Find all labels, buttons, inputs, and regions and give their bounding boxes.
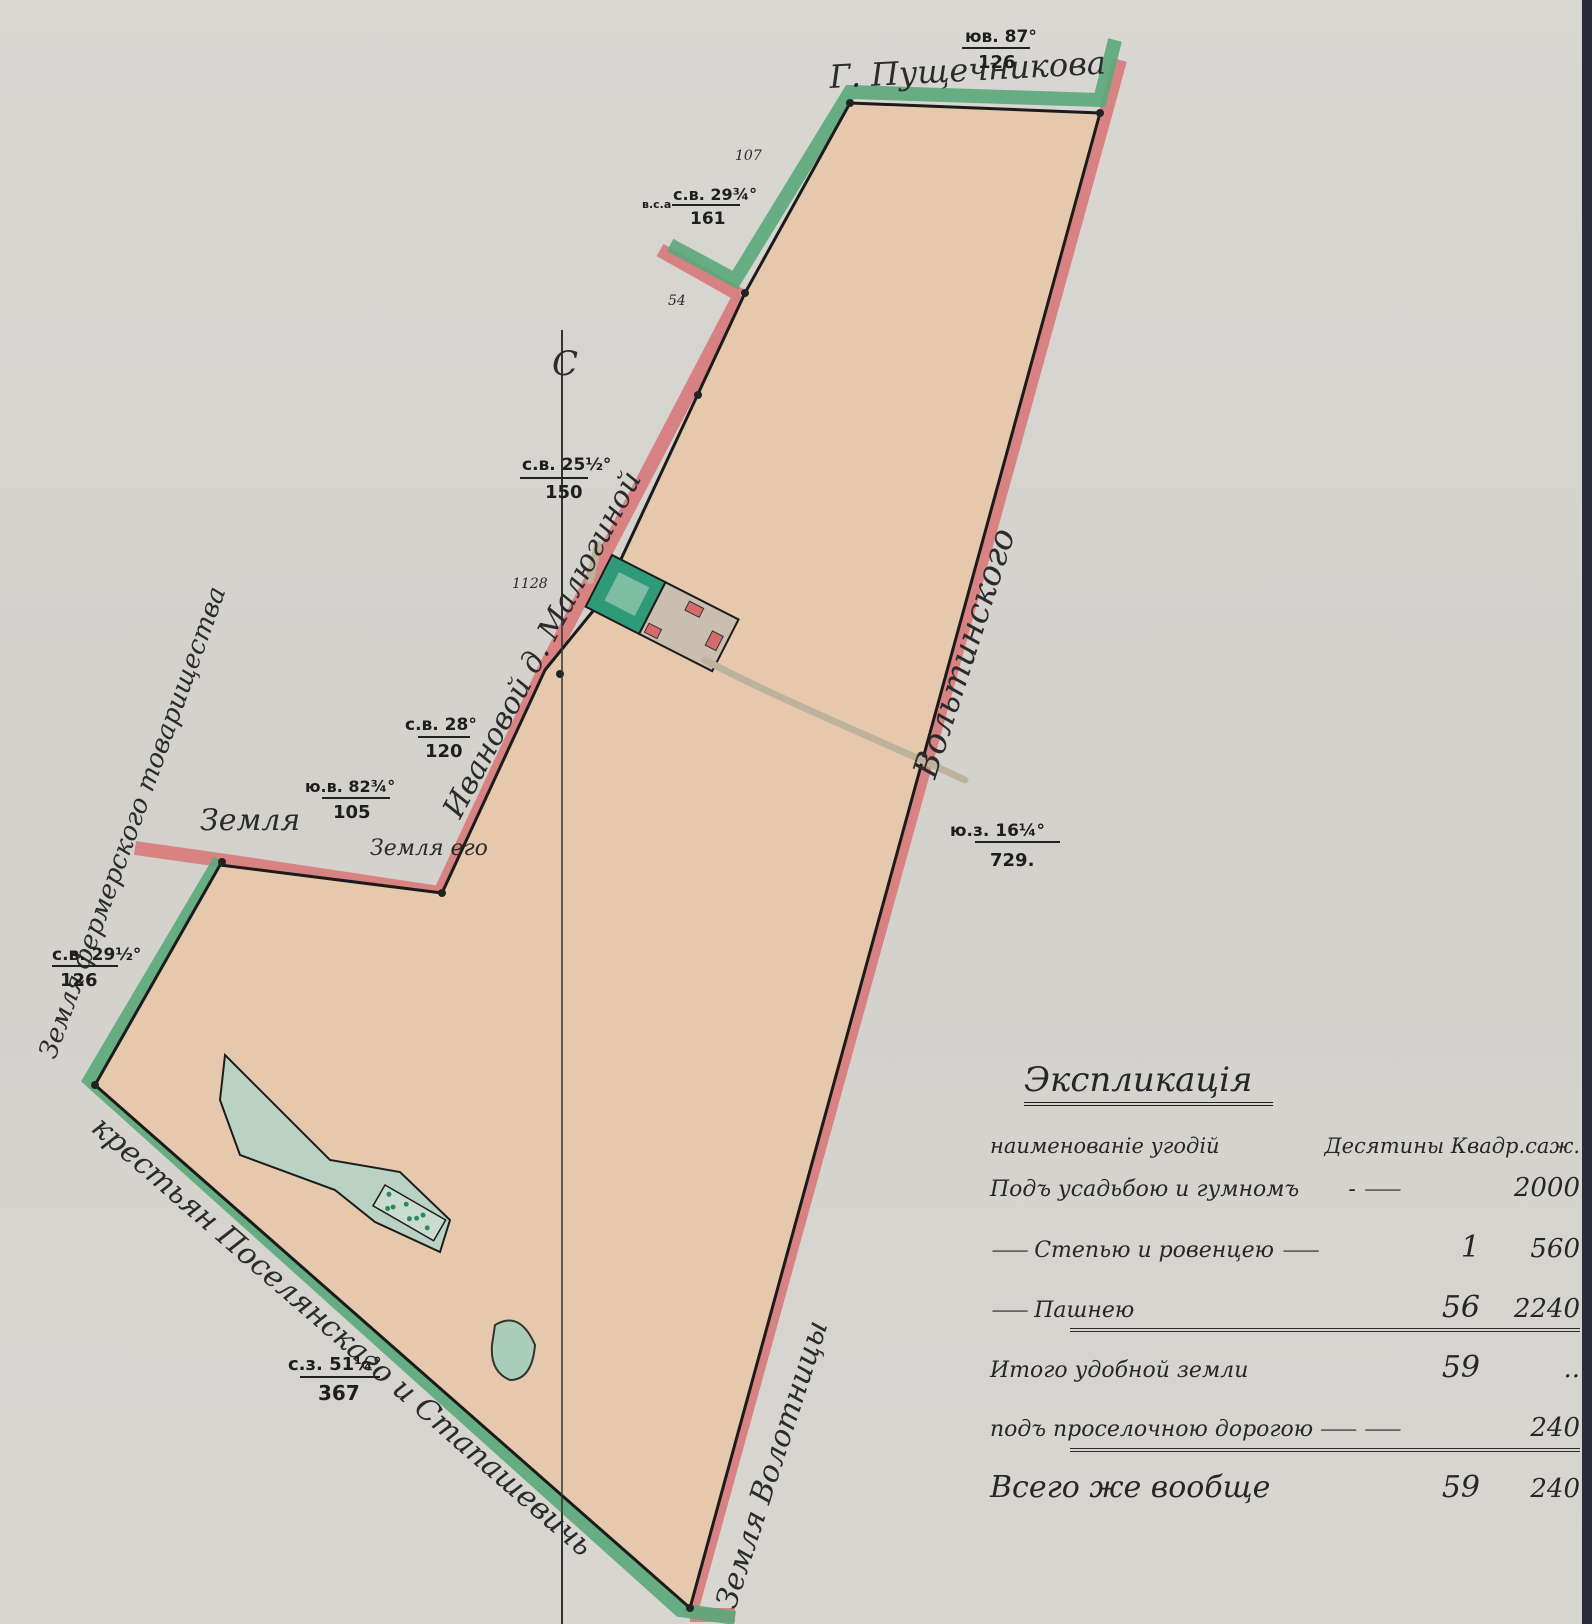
bearing-b3: с.в. 25½° 150 xyxy=(520,455,611,503)
bearing-b6: ю.з. 16¼° 729. xyxy=(950,821,1060,871)
measure-1128: 1128 xyxy=(512,576,548,592)
bearing-b2: в.с.а с.в. 29¾° 161 xyxy=(642,185,757,229)
legend-row: ⸺ Пашнею 56 2240 xyxy=(990,1278,1580,1338)
svg-text:161: 161 xyxy=(690,209,726,229)
label-top-neighbour: Г. Пущечникова xyxy=(827,44,1106,96)
svg-text:ю.в. 82¾°: ю.в. 82¾° xyxy=(305,777,395,796)
measure-107: 107 xyxy=(735,148,762,164)
svg-text:729.: 729. xyxy=(990,850,1034,871)
svg-text:юв. 87°: юв. 87° xyxy=(965,27,1037,47)
land-parcel xyxy=(95,103,1100,1608)
bearing-b5: ю.в. 82¾° 105 xyxy=(305,777,395,823)
svg-text:с.з. 51¼°: с.з. 51¼° xyxy=(288,1354,382,1375)
legend-header-name: наименованіе угодій xyxy=(990,1134,1220,1158)
svg-text:с.в. 25½°: с.в. 25½° xyxy=(522,455,611,475)
svg-text:150: 150 xyxy=(545,482,583,503)
explication-legend: Экспликація наименованіе угодій Десятины… xyxy=(990,1060,1580,1518)
svg-text:367: 367 xyxy=(318,1381,360,1405)
legend-header: наименованіе угодій Десятины Квадр.саж. xyxy=(990,1134,1580,1158)
north-marker: С xyxy=(552,344,578,384)
svg-text:с.в. 29½°: с.в. 29½° xyxy=(52,945,141,965)
legend-row: ⸺ Степью и ровенцею ⸺ 1 560 xyxy=(990,1218,1580,1278)
svg-text:с.в. 28°: с.в. 28° xyxy=(405,715,477,735)
svg-text:126: 126 xyxy=(978,52,1016,73)
legend-title: Экспликація xyxy=(1024,1060,1273,1106)
legend-row: Подъ усадьбою и гумномъ - ⸺ 2000 xyxy=(990,1158,1580,1218)
svg-text:ю.з. 16¼°: ю.з. 16¼° xyxy=(950,821,1045,841)
svg-text:105: 105 xyxy=(333,802,371,823)
svg-text:126: 126 xyxy=(60,970,98,991)
svg-text:с.в. 29¾°: с.в. 29¾° xyxy=(673,185,757,204)
label-zemlya: Земля xyxy=(200,803,300,838)
legend-header-units: Десятины Квадр.саж. xyxy=(1325,1134,1580,1158)
label-zemlya-ego: Земля его xyxy=(370,836,488,861)
legend-row-total: Всего же вообще 59 240 xyxy=(990,1458,1580,1518)
legend-row-subtotal: Итого удобной земли 59 .. xyxy=(990,1338,1580,1398)
svg-text:в.с.а: в.с.а xyxy=(642,198,671,211)
legend-row: подъ проселочною дорогою ⸺ ⸺ 240 xyxy=(990,1398,1580,1458)
svg-text:120: 120 xyxy=(425,741,463,762)
measure-54: 54 xyxy=(668,293,686,309)
